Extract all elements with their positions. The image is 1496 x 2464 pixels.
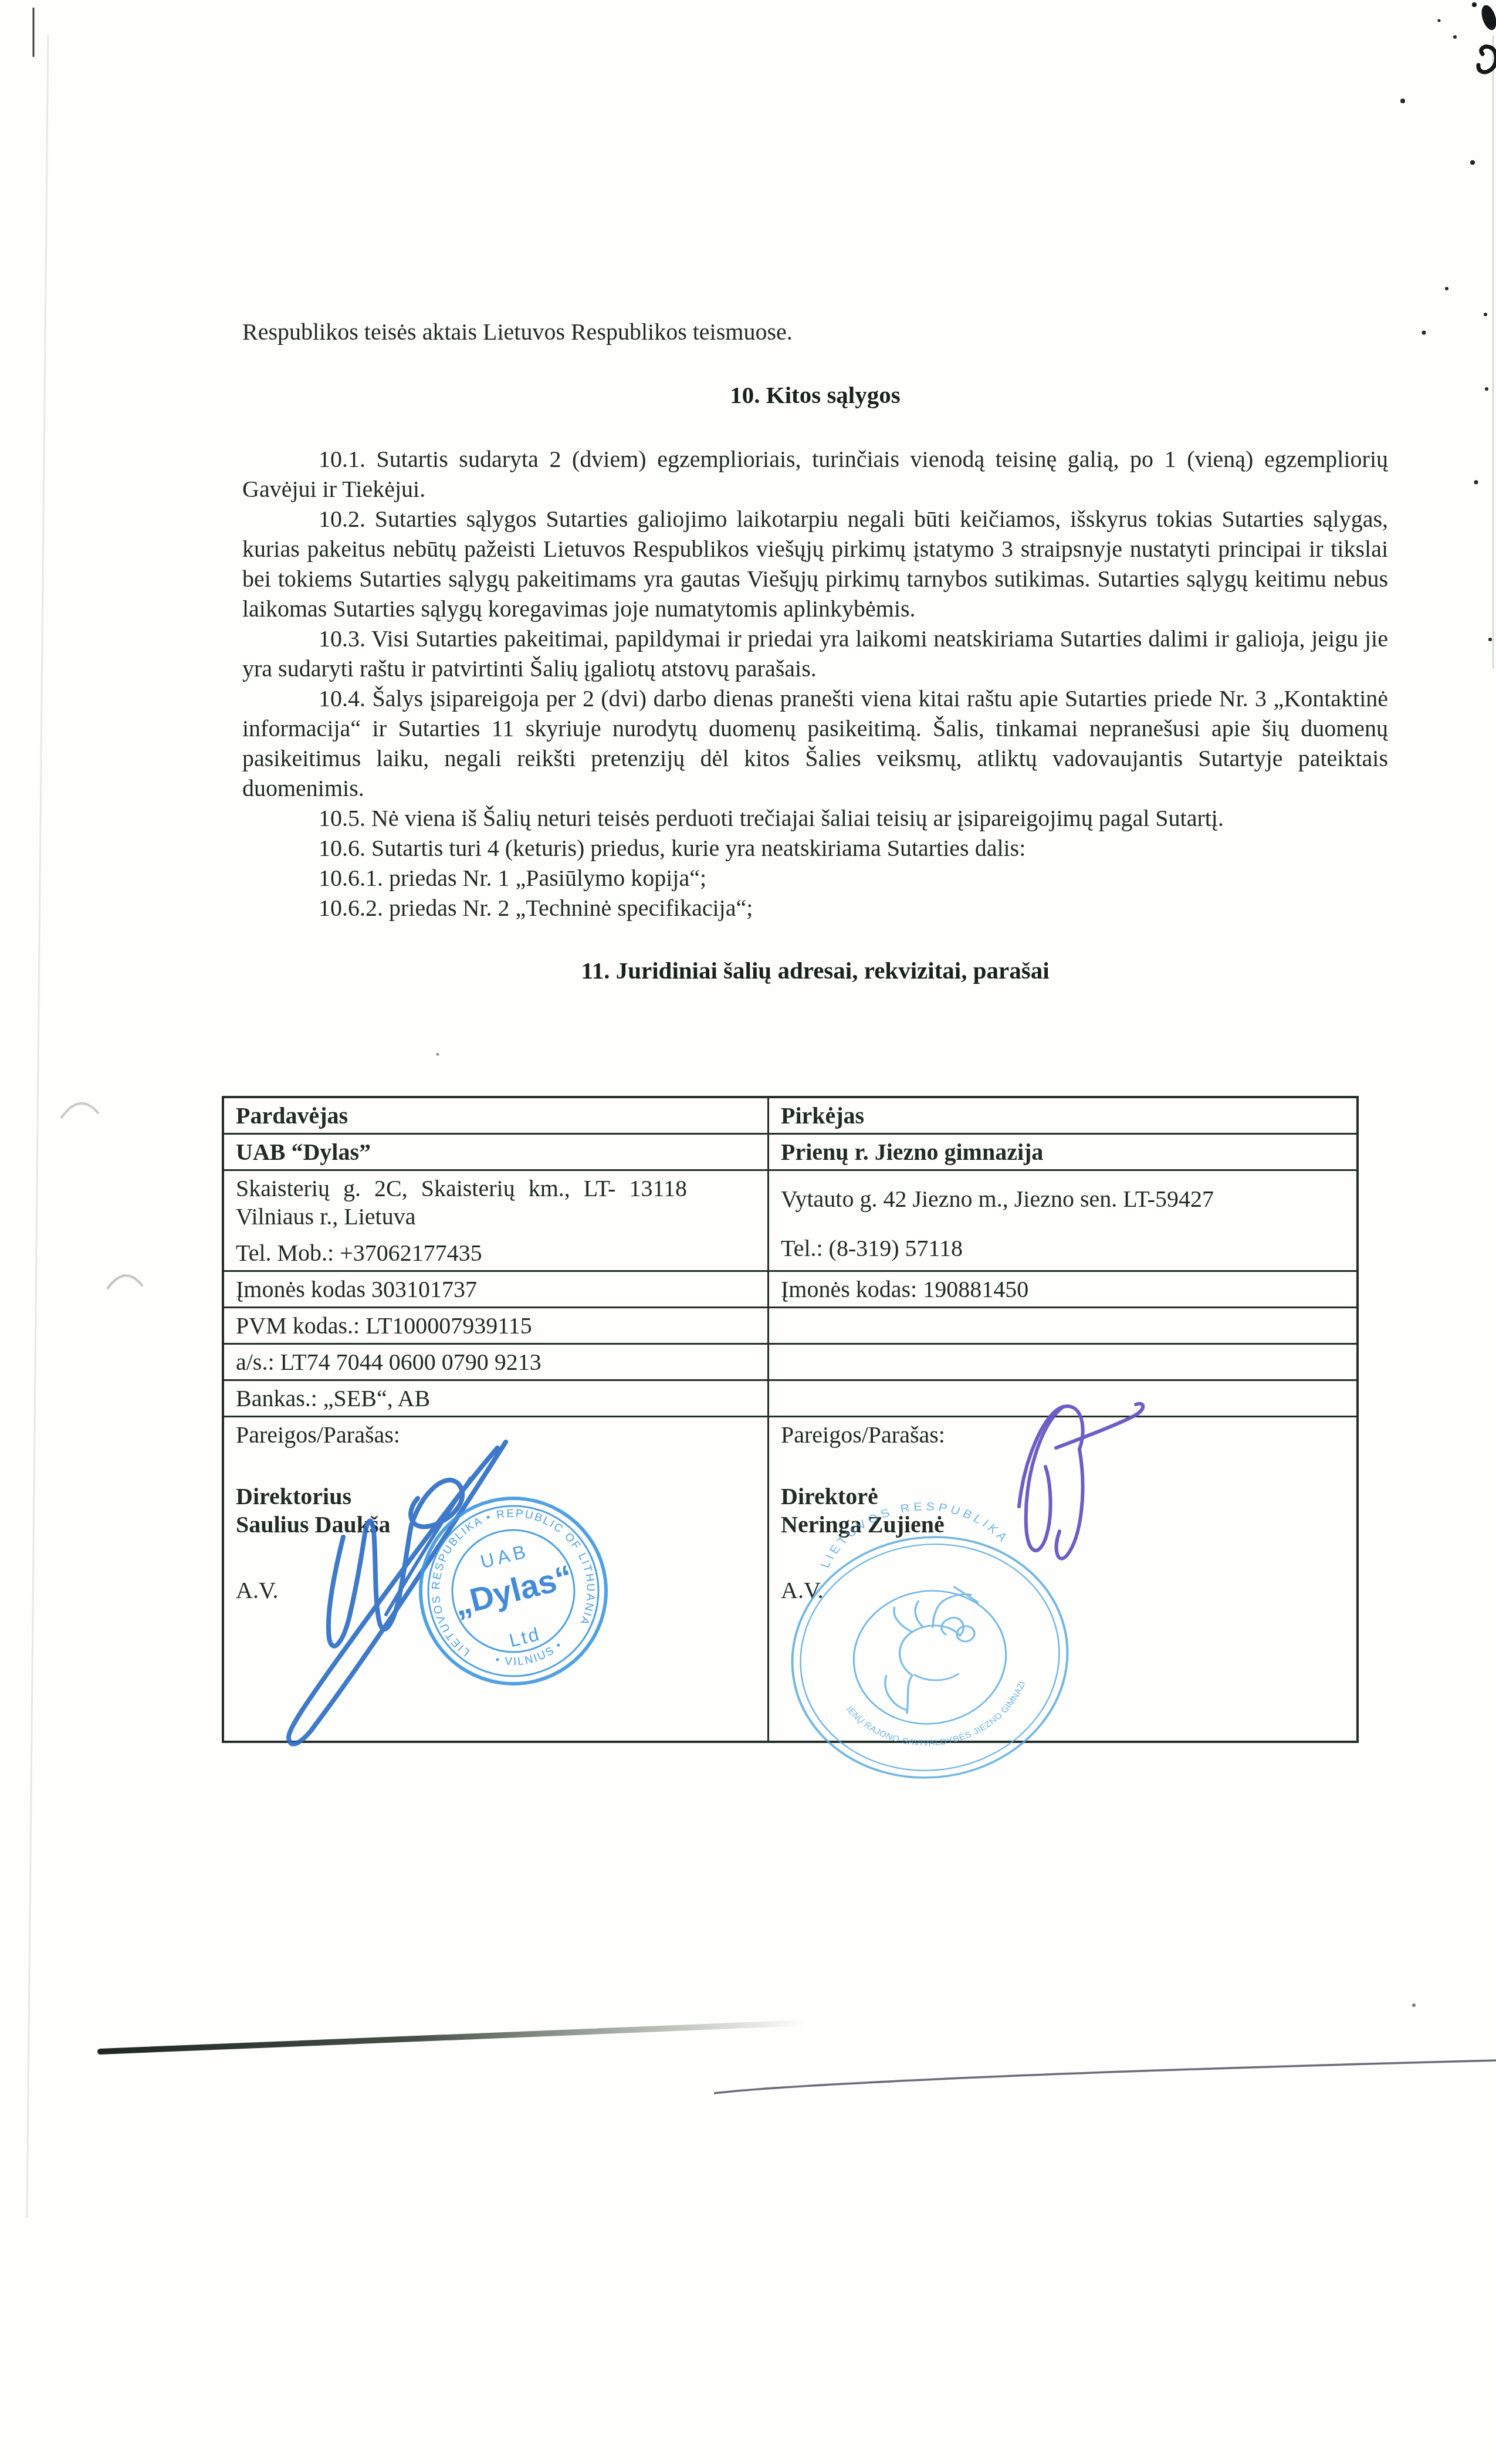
buyer-signature-cell: Pareigos/Parašas: Direktorė Neringa Zuji… xyxy=(769,1417,1356,1741)
clause-10-6: 10.6. Sutartis turi 4 (keturis) priedus,… xyxy=(242,833,1388,863)
seller-name: Saulius Daukša xyxy=(236,1511,756,1539)
buyer-title-name: Direktorė Neringa Zujienė xyxy=(781,1483,1345,1539)
clause-10-2: 10.2. Sutarties sąlygos Sutarties galioj… xyxy=(242,504,1388,624)
table-row-bank: Bankas.: „SEB“, AB xyxy=(224,1381,1356,1417)
table-row-signatures: Pareigos/Parašas: Direktorius Saulius Da… xyxy=(224,1417,1356,1741)
seller-seal-mark: A.V. xyxy=(236,1576,756,1605)
scanned-contract-page: Respublikos teisės aktais Lietuvos Respu… xyxy=(0,0,1496,2464)
left-margin-arc-1 xyxy=(61,1104,99,1118)
left-paper-edge-shadow xyxy=(27,35,48,2218)
seller-address-line1: Skaisterių g. 2C, Skaisterių km., LT- 13… xyxy=(236,1175,756,1203)
buyer-account xyxy=(769,1345,1356,1381)
buyer-name: Neringa Zujienė xyxy=(781,1511,1345,1539)
buyer-seal-mark: A.V. xyxy=(781,1576,1345,1605)
buyer-name-cell: Prienų r. Jiezno gimnazija xyxy=(769,1135,1356,1171)
bottom-scan-line-thin xyxy=(714,2060,1496,2093)
section-11-heading: 11. Juridiniai šalių adresai, rekvizitai… xyxy=(242,956,1388,986)
table-row-vat: PVM kodas.: LT100007939115 xyxy=(224,1308,1356,1345)
document-body: Respublikos teisės aktais Lietuvos Respu… xyxy=(242,317,1388,986)
clause-10-3: 10.3. Visi Sutarties pakeitimai, papildy… xyxy=(242,624,1388,683)
buyer-phone: Tel.: (8-319) 57118 xyxy=(781,1234,1345,1263)
seller-signature-cell: Pareigos/Parašas: Direktorius Saulius Da… xyxy=(224,1417,769,1741)
buyer-bank xyxy=(769,1381,1356,1417)
buyer-company-code: Įmonės kodas: 190881450 xyxy=(769,1272,1356,1308)
buyer-address-line1: Vytauto g. 42 Jiezno m., Jiezno sen. LT-… xyxy=(781,1185,1345,1213)
seller-address-cell: Skaisterių g. 2C, Skaisterių km., LT- 13… xyxy=(224,1171,769,1272)
buyer-title: Direktorė xyxy=(781,1483,1345,1511)
buyer-position-label: Pareigos/Parašas: xyxy=(781,1421,1345,1449)
seller-title-name: Direktorius Saulius Daukša xyxy=(236,1483,756,1539)
table-row-company-code: Įmonės kodas 303101737 Įmonės kodas: 190… xyxy=(224,1272,1356,1308)
clause-10-5: 10.5. Nė viena iš Šalių neturi teisės pe… xyxy=(242,803,1388,833)
seller-phone: Tel. Mob.: +37062177435 xyxy=(236,1239,756,1267)
seller-vat-code: PVM kodas.: LT100007939115 xyxy=(224,1308,769,1345)
carryover-line: Respublikos teisės aktais Lietuvos Respu… xyxy=(242,317,1388,347)
table-row-header: Pardavėjas Pirkėjas xyxy=(224,1098,1356,1135)
table-row-account: a/s.: LT74 7044 0600 0790 9213 xyxy=(224,1345,1356,1381)
seller-account: a/s.: LT74 7044 0600 0790 9213 xyxy=(224,1345,769,1381)
buyer-vat-code xyxy=(769,1308,1356,1345)
seller-address-line2: Vilniaus r., Lietuva xyxy=(236,1203,756,1231)
seller-bank: Bankas.: „SEB“, AB xyxy=(224,1381,769,1417)
buyer-header-cell: Pirkėjas xyxy=(769,1098,1356,1135)
requisites-table: Pardavėjas Pirkėjas UAB “Dylas” Prienų r… xyxy=(222,1096,1359,1743)
clause-10-6-2: 10.6.2. priedas Nr. 2 „Techninė specifik… xyxy=(242,893,1388,923)
clause-10-1: 10.1. Sutartis sudaryta 2 (dviem) egzemp… xyxy=(242,444,1388,504)
bottom-scan-line-thick xyxy=(100,2023,805,2052)
buyer-address-cell: Vytauto g. 42 Jiezno m., Jiezno sen. LT-… xyxy=(769,1171,1356,1272)
table-row-address: Skaisterių g. 2C, Skaisterių km., LT- 13… xyxy=(224,1171,1356,1272)
section-10-heading: 10. Kitos sąlygos xyxy=(242,380,1388,410)
seller-company-code: Įmonės kodas 303101737 xyxy=(224,1272,769,1308)
seller-title: Direktorius xyxy=(236,1483,756,1511)
clause-10-6-1: 10.6.1. priedas Nr. 1 „Pasiūlymo kopija“… xyxy=(242,863,1388,893)
left-margin-arc-2 xyxy=(107,1275,143,1289)
seller-name-cell: UAB “Dylas” xyxy=(224,1135,769,1171)
table-row-names: UAB “Dylas” Prienų r. Jiezno gimnazija xyxy=(224,1135,1356,1171)
clause-10-4: 10.4. Šalys įsipareigoja per 2 (dvi) dar… xyxy=(242,683,1388,803)
seller-header-cell: Pardavėjas xyxy=(224,1098,769,1135)
top-right-ink-blobs xyxy=(1472,2,1496,72)
seller-position-label: Pareigos/Parašas: xyxy=(236,1421,756,1449)
